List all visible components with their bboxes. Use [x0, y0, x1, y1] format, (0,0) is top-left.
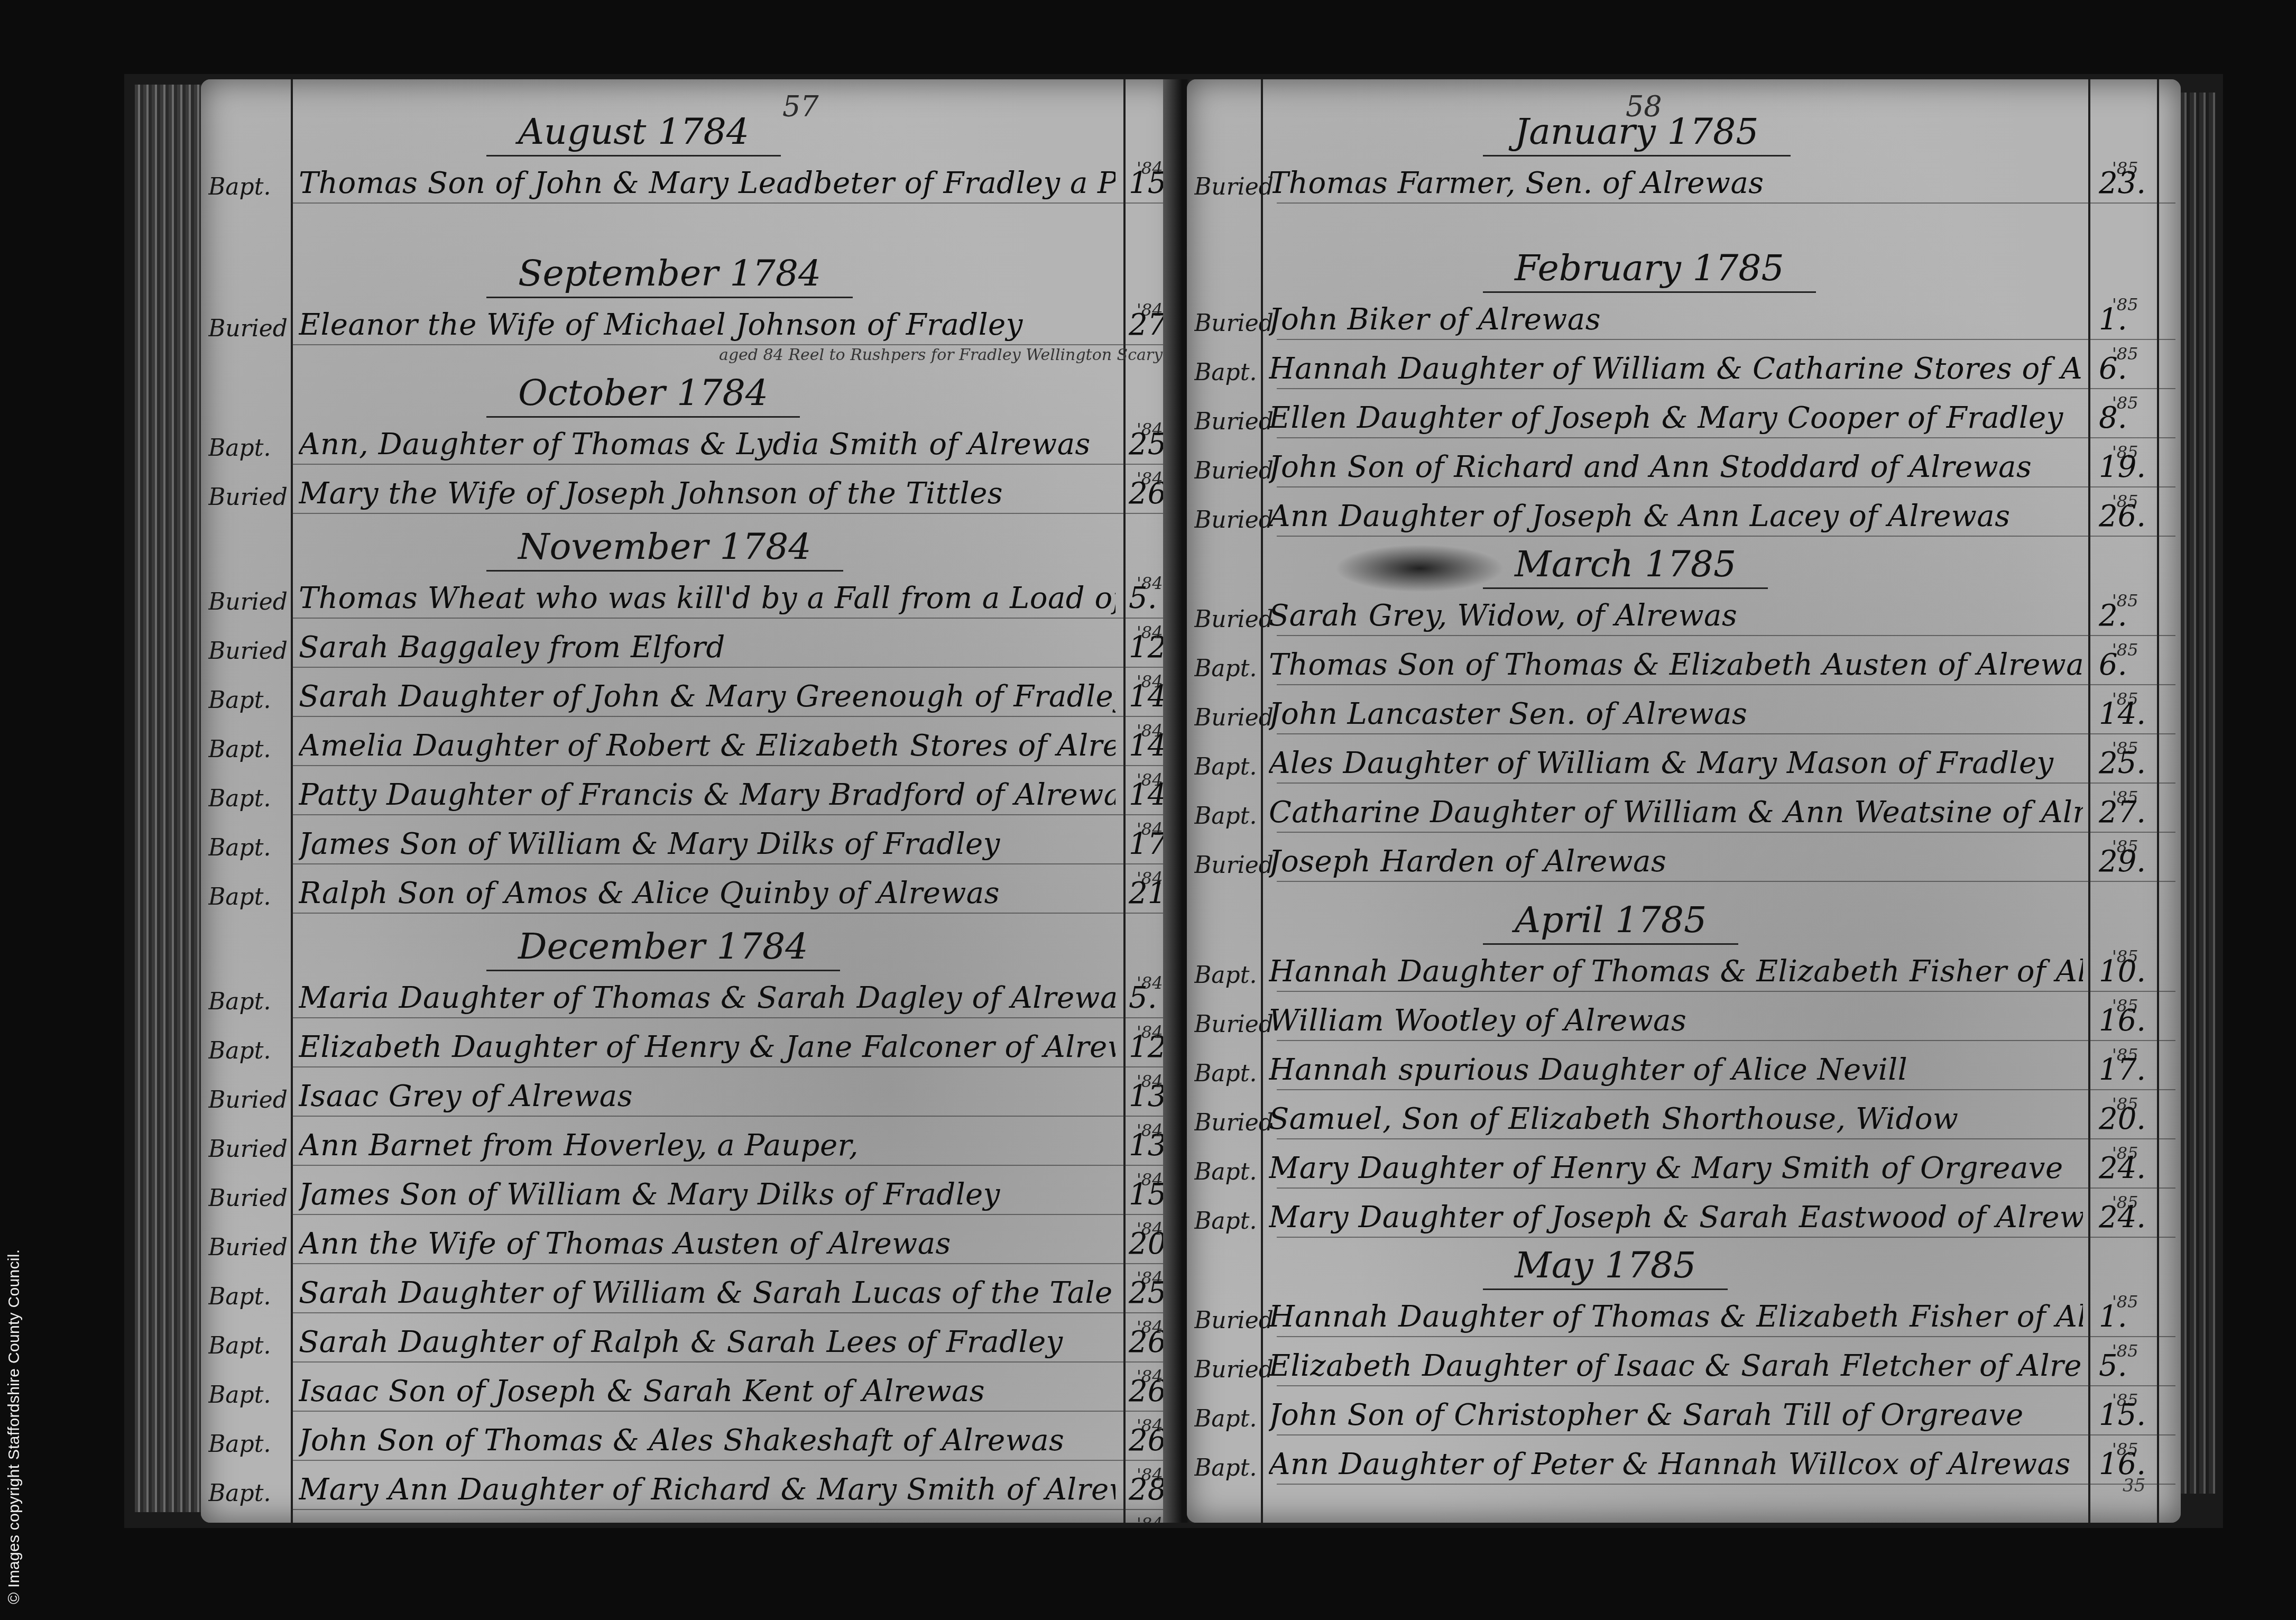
register-entry: BuriedJames Son of William & Mary Dilks … [201, 1173, 1184, 1215]
entry-text: Samuel, Son of Elizabeth Shorthouse, Wid… [1269, 1102, 1958, 1136]
ruled-line [291, 1165, 1179, 1166]
register-entry: Bapt.Thomas Son of John & Mary Leadbeter… [201, 161, 1184, 204]
entry-type: Buried [208, 1185, 288, 1212]
register-entry: Bapt.Thomas Son of Thomas & Elizabeth Au… [1187, 643, 2181, 685]
entry-text: Ann Daughter of Joseph & Ann Lacey of Al… [1269, 499, 2010, 533]
ruled-line [1277, 1138, 2175, 1139]
register-entry: Bapt.Patty Daughter of Francis & Mary Br… [201, 773, 1184, 815]
ruled-line [291, 814, 1179, 815]
entry-type: Bapt. [1194, 655, 1274, 682]
entry-day: 5. [1129, 981, 1157, 1015]
entry-text: Amelia Daughter of Robert & Elizabeth St… [299, 729, 1115, 763]
entry-day: 16. [2099, 1004, 2146, 1038]
entry-day: 8. [2099, 401, 2127, 435]
entry-text: Joseph Harden of Alrewas [1269, 844, 1666, 879]
entry-day: 1. [2099, 302, 2127, 337]
register-entry: Bapt.John Son of Christopher & Sarah Til… [1187, 1393, 2181, 1435]
entry-day: 10. [2099, 954, 2146, 989]
ruled-line [1277, 202, 2175, 204]
entry-day: 29. [2099, 844, 2146, 879]
entry-text: Mary Ann Daughter of Richard & Mary Smit… [299, 1472, 1115, 1507]
entry-text: Sarah Daughter of William & Sarah Lucas … [299, 1276, 1113, 1310]
month-heading: February 1785 [1483, 247, 1816, 293]
register-entry: BuriedAnn the Wife of Thomas Austen of A… [201, 1222, 1184, 1264]
entry-type: Bapt. [1194, 1455, 1274, 1481]
entry-type: Buried [1194, 507, 1274, 533]
entry-text: William Wootley of Alrewas [1269, 1004, 1686, 1038]
entry-day: 24. [2099, 1151, 2146, 1185]
entry-text: Hannah Daughter of Thomas & Elizabeth Fi… [1269, 954, 2083, 989]
entry-type: Buried [1194, 1356, 1274, 1383]
entry-type: Buried [208, 1234, 288, 1261]
ruled-line [1277, 1089, 2175, 1090]
ruled-line [291, 1460, 1179, 1461]
ruled-line [1277, 635, 2175, 636]
entry-type: Buried [1194, 457, 1274, 484]
entry-type: Bapt. [1194, 962, 1274, 989]
ruled-line [291, 202, 1179, 204]
ruled-line [1277, 1040, 2175, 1041]
entry-text: Maria Daughter of Thomas & Sarah Dagley … [299, 981, 1115, 1015]
ruled-line [1277, 388, 2175, 389]
entry-type: Bapt. [1194, 753, 1274, 780]
ruled-line [291, 618, 1179, 619]
entry-day: 6. [2099, 352, 2127, 386]
ruled-line [291, 1116, 1179, 1117]
entry-text: Ann the Wife of Thomas Austen of Alrewas [299, 1227, 951, 1261]
entry-day: 1. [2099, 1300, 2127, 1334]
register-entry: Bapt.Ann Daughter of Peter & Hannah Will… [1187, 1442, 2181, 1485]
entry-text: Thomas Wheat who was kill'd by a Fall fr… [299, 581, 1115, 615]
entry-type: Bapt. [1194, 1405, 1274, 1432]
entry-text: Ellen Daughter of Joseph & Mary Cooper o… [1269, 401, 2063, 435]
register-entry: BuriedAnn Barnet from Hoverley, a Pauper… [201, 1124, 1184, 1166]
entry-text: Ann Daughter of Peter & Hannah Willcox o… [1269, 1447, 2071, 1481]
ruled-line [291, 863, 1179, 864]
ruled-line [1277, 684, 2175, 685]
register-entry: BuriedEllen Daughter of Joseph & Mary Co… [1187, 396, 2181, 438]
register-entry: Bapt.Elizabeth Daughter of Henry & Jane … [201, 1025, 1184, 1067]
entry-text: Ann Barnet from Hoverley, a Pauper, [299, 1128, 859, 1163]
entry-type: Bapt. [208, 1431, 288, 1458]
ruled-line [291, 344, 1179, 345]
entry-type: Buried [1194, 1109, 1274, 1136]
month-heading: November 1784 [486, 526, 843, 572]
ruled-line [291, 716, 1179, 717]
register-entry: Bapt.Maria Daughter of Thomas & Sarah Da… [201, 976, 1184, 1018]
ruled-line [1277, 536, 2175, 537]
ruled-line [1277, 1336, 2175, 1337]
register-entry: BuriedHannah Daughter of Thomas & Elizab… [1187, 1295, 2181, 1337]
entry-type: Buried [1194, 173, 1274, 200]
month-heading: September 1784 [486, 253, 853, 298]
ruled-line [1277, 1385, 2175, 1386]
entry-type: Bapt. [1194, 1158, 1274, 1185]
register-entry: Bapt.Ales Daughter of William & Mary Mas… [1187, 741, 2181, 784]
entry-type: Bapt. [208, 173, 288, 200]
ruled-line [1277, 1237, 2175, 1238]
register-page-right: 58 January 1785BuriedThomas Farmer, Sen.… [1187, 79, 2181, 1523]
entry-type: Bapt. [208, 435, 288, 462]
entry-text: Isaac Grey of Alrewas [299, 1079, 633, 1113]
entry-type: Buried [1194, 408, 1274, 435]
register-entry: BuriedElizabeth Daughter of Isaac & Sara… [1187, 1344, 2181, 1386]
entry-type: Bapt. [208, 1382, 288, 1409]
month-heading: October 1784 [486, 372, 800, 418]
entry-day: 2. [2099, 599, 2127, 633]
register-entry: BuriedJohn Lancaster Sen. of Alrewas'851… [1187, 692, 2181, 734]
register-entry: BuriedAnn Daughter of Joseph & Ann Lacey… [1187, 494, 2181, 537]
register-entry: Bapt.Amelia Daughter of Robert & Elizabe… [201, 724, 1184, 766]
page-edges-left [135, 85, 204, 1512]
register-entry: Bapt.Mary Daughter of Henry & Mary Smith… [1187, 1146, 2181, 1189]
month-heading: January 1785 [1483, 111, 1791, 157]
entry-text: Elizabeth Daughter of Henry & Jane Falco… [299, 1030, 1115, 1064]
register-entry: BuriedWilliam Wootley of Alrewas'8516. [1187, 999, 2181, 1041]
entry-text: Ales Daughter of William & Mary Mason of… [1269, 746, 2054, 780]
register-entry: Bapt.Mary Daughter of Joseph & Sarah Eas… [1187, 1195, 2181, 1238]
entry-day: 15 [1129, 166, 1166, 200]
entry-type: Buried [208, 638, 288, 665]
entry-day: 20. [2099, 1102, 2146, 1136]
entry-text: Elizabeth Daughter of Isaac & Sarah Flet… [1269, 1349, 2083, 1383]
entry-day: 25. [2099, 746, 2146, 780]
entry-type: Bapt. [208, 1480, 288, 1507]
register-entry: BuriedSamuel, Son of Elizabeth Shorthous… [1187, 1097, 2181, 1139]
entry-text: John Biker of Alrewas [1269, 302, 1601, 337]
ruled-line [1277, 881, 2175, 882]
register-entry: Bapt.Sarah Daughter of William & Sarah L… [201, 1271, 1184, 1313]
entry-text: Sarah Daughter of John & Mary Greenough … [299, 679, 1115, 714]
ruled-line [1277, 1484, 2175, 1485]
entry-text: Ann, Daughter of Thomas & Lydia Smith of… [299, 427, 1091, 462]
ruled-line [1277, 783, 2175, 784]
register-entry: Bapt.Hannah spurious Daughter of Alice N… [1187, 1048, 2181, 1090]
register-entry: Bapt.Hannah Daughter of Thomas & Elizabe… [1187, 950, 2181, 992]
ruled-line [1277, 1434, 2175, 1435]
ruled-line [291, 1214, 1179, 1215]
ruled-line [1277, 339, 2175, 340]
entry-text: Mary Daughter of Henry & Mary Smith of O… [1269, 1151, 2063, 1185]
register-entry: Bapt.Sarah Daughter of John & Mary Green… [201, 675, 1184, 717]
ruled-line [1277, 832, 2175, 833]
copyright-notice: © Images copyright Staffordshire County … [5, 1249, 23, 1604]
ruled-line [291, 513, 1179, 514]
register-entry: BuriedEleanor the Wife of Michael Johnso… [201, 303, 1184, 345]
entry-text: Thomas Farmer, Sen. of Alrewas [1269, 166, 1764, 200]
entry-day: 26. [2099, 499, 2146, 533]
entry-type: Bapt. [1194, 1208, 1274, 1235]
register-entry: Bapt.Margaret Daughter of John & Margare… [201, 1517, 1184, 1523]
marginal-note: aged 84 Reel to Rushpers for Fradley Wel… [719, 346, 1163, 364]
entry-type: Buried [208, 588, 288, 615]
entry-text: John Son of Thomas & Ales Shakeshaft of … [299, 1423, 1064, 1458]
ruled-line [291, 1066, 1179, 1067]
entry-text: Eleanor the Wife of Michael Johnson of F… [299, 308, 1023, 342]
register-entry: BuriedThomas Farmer, Sen. of Alrewas'852… [1187, 161, 2181, 204]
ruled-line [1277, 437, 2175, 438]
entry-type: Buried [1194, 852, 1274, 879]
entry-text: Ralph Son of Amos & Alice Quinby of Alre… [299, 876, 1000, 910]
month-heading: April 1785 [1483, 899, 1738, 945]
register-entry: BuriedMary the Wife of Joseph Johnson of… [201, 472, 1184, 514]
entry-day: 5. [1129, 581, 1157, 615]
entry-day: 6. [2099, 648, 2127, 682]
entry-text: Sarah Grey, Widow, of Alrewas [1269, 599, 1737, 633]
ruled-line [1277, 1188, 2175, 1189]
entry-type: Buried [1194, 606, 1274, 633]
entry-day: 17. [2099, 1053, 2146, 1087]
entry-type: Bapt. [208, 687, 288, 714]
entry-type: Bapt. [208, 1037, 288, 1064]
entry-type: Bapt. [208, 1332, 288, 1359]
entry-type: Bapt. [208, 1283, 288, 1310]
ruled-line [291, 1411, 1179, 1412]
entry-text: Thomas Son of John & Mary Leadbeter of F… [299, 166, 1115, 200]
ruled-line [1277, 733, 2175, 734]
entry-day: 24. [2099, 1200, 2146, 1235]
ruled-line [291, 1017, 1179, 1018]
register-page-left: 57 August 1784Bapt.Thomas Son of John & … [201, 79, 1184, 1523]
entry-text: Hannah Daughter of William & Catharine S… [1269, 352, 2083, 386]
ruled-line [291, 765, 1179, 766]
register-entry: Bapt.James Son of William & Mary Dilks o… [201, 822, 1184, 864]
entry-text: James Son of William & Mary Dilks of Fra… [299, 1177, 1000, 1212]
entry-type: Bapt. [208, 883, 288, 910]
entry-day: 14. [2099, 697, 2146, 731]
entry-text: John Lancaster Sen. of Alrewas [1269, 697, 1747, 731]
register-entry: BuriedJohn Son of Richard and Ann Stodda… [1187, 445, 2181, 487]
register-entry: BuriedJoseph Harden of Alrewas'8529. [1187, 840, 2181, 882]
entry-type: Buried [208, 1087, 288, 1113]
entry-text: Sarah Daughter of Ralph & Sarah Lees of … [299, 1325, 1063, 1359]
entry-text: Mary the Wife of Joseph Johnson of the T… [299, 476, 1003, 511]
entry-day: 15. [2099, 1398, 2146, 1432]
entry-text: John Son of Richard and Ann Stoddard of … [1269, 450, 2032, 484]
ruled-line [291, 1263, 1179, 1264]
register-entry: Bapt.Isaac Son of Joseph & Sarah Kent of… [201, 1369, 1184, 1412]
entry-text: Isaac Son of Joseph & Sarah Kent of Alre… [299, 1374, 985, 1409]
entry-text: Catharine Daughter of William & Ann Weat… [1269, 795, 2083, 830]
entry-day: 19. [2099, 450, 2146, 484]
entry-type: Buried [1194, 1011, 1274, 1038]
entry-text: John Son of Christopher & Sarah Till of … [1269, 1398, 2024, 1432]
entry-type: Bapt. [208, 834, 288, 861]
register-entry: BuriedThomas Wheat who was kill'd by a F… [201, 576, 1184, 619]
register-entry: Bapt.John Son of Thomas & Ales Shakeshaf… [201, 1419, 1184, 1461]
page-footer-number: 35 [2123, 1475, 2145, 1496]
ruled-line [291, 1361, 1179, 1363]
folio-number: 57 [782, 90, 819, 123]
entry-type: Buried [1194, 1307, 1274, 1334]
entry-type: Bapt. [208, 988, 288, 1015]
entry-type: Bapt. [1194, 1060, 1274, 1087]
month-heading: August 1784 [486, 111, 781, 157]
register-entry: BuriedSarah Baggaley from Elford'8412. [201, 625, 1184, 668]
entry-type: Buried [1194, 704, 1274, 731]
entry-text: Sarah Baggaley from Elford [299, 630, 725, 665]
entry-day: 27. [2099, 795, 2146, 830]
entry-type: Buried [208, 1136, 288, 1163]
ruled-line [291, 464, 1179, 465]
ruled-line [291, 1509, 1179, 1510]
month-heading: May 1785 [1483, 1245, 1728, 1290]
entry-text: Hannah spurious Daughter of Alice Nevill [1269, 1053, 1907, 1087]
register-entry: Bapt.Ann, Daughter of Thomas & Lydia Smi… [201, 422, 1184, 465]
entry-type: Buried [208, 315, 288, 342]
ruled-line [291, 667, 1179, 668]
register-entry: Bapt.Catharine Daughter of William & Ann… [1187, 790, 2181, 833]
ruled-line [1277, 991, 2175, 992]
entry-text: Patty Daughter of Francis & Mary Bradfor… [299, 778, 1115, 812]
entry-type: Bapt. [208, 736, 288, 763]
entry-text: James Son of William & Mary Dilks of Fra… [299, 827, 1000, 861]
register-entry: BuriedSarah Grey, Widow, of Alrewas'852. [1187, 594, 2181, 636]
register-entry: Bapt.Mary Ann Daughter of Richard & Mary… [201, 1468, 1184, 1510]
entry-text: Mary Daughter of Joseph & Sarah Eastwood… [1269, 1200, 2083, 1235]
entry-type: Bapt. [208, 785, 288, 812]
entry-type: Buried [1194, 310, 1274, 337]
month-heading: December 1784 [486, 926, 840, 971]
register-entry: BuriedIsaac Grey of Alrewas'8413. [201, 1074, 1184, 1117]
entry-text: Margaret Daughter of John & Margaret Bro… [299, 1522, 1115, 1523]
entry-type: Bapt. [1194, 803, 1274, 830]
ink-blot [1335, 545, 1504, 592]
entry-text: Hannah Daughter of Thomas & Elizabeth Fi… [1269, 1300, 2083, 1334]
entry-day: 23. [2099, 166, 2146, 200]
register-entry: Bapt.Sarah Daughter of Ralph & Sarah Lee… [201, 1320, 1184, 1363]
register-entry: Bapt.Hannah Daughter of William & Cathar… [1187, 347, 2181, 389]
entry-type: Bapt. [1194, 359, 1274, 386]
register-entry: Bapt.Ralph Son of Amos & Alice Quinby of… [201, 871, 1184, 914]
ruled-line [291, 1312, 1179, 1313]
month-heading: March 1785 [1483, 544, 1768, 589]
entry-text: Thomas Son of Thomas & Elizabeth Austen … [1269, 648, 2083, 682]
ruled-line [1277, 486, 2175, 487]
entry-day: 5. [2099, 1349, 2127, 1383]
entry-type: Buried [208, 484, 288, 511]
ruled-line [291, 913, 1179, 914]
register-entry: BuriedJohn Biker of Alrewas'851. [1187, 298, 2181, 340]
